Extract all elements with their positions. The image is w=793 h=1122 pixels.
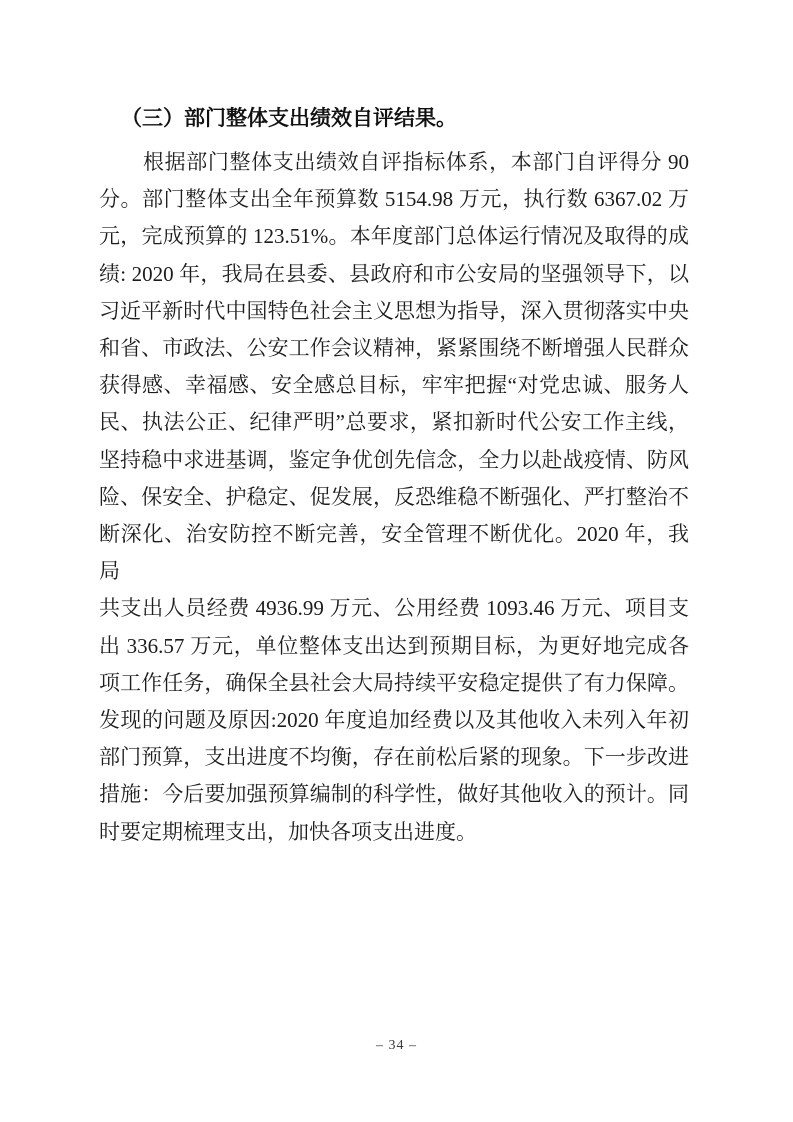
text-line: 时要定期梳理支出，加快各项支出进度。 <box>99 814 689 851</box>
page-number: – 34 – <box>0 1038 793 1054</box>
text-line: 坚持稳中求进基调，鉴定争优创先信念，全力以赴战疫情、防风 <box>99 442 689 479</box>
paragraph: 根据部门整体支出绩效自评指标体系，本部门自评得分 90 分。部门整体支出全年预算… <box>99 144 689 851</box>
text-line: 元，完成预算的 123.51%。本年度部门总体运行情况及取得的成 <box>99 218 689 255</box>
text-line: 共支出人员经费 4936.99 万元、公用经费 1093.46 万元、项目支 <box>99 590 689 627</box>
text-line: 出 336.57 万元，单位整体支出达到预期目标，为更好地完成各 <box>99 628 689 665</box>
section-heading: （三）部门整体支出绩效自评结果。 <box>99 100 689 137</box>
text-line: 民、执法公正、纪律严明”总要求，紧扣新时代公安工作主线， <box>99 404 689 441</box>
text-line: 部门预算，支出进度不均衡，存在前松后紧的现象。下一步改进 <box>99 739 689 776</box>
text-line: 绩: 2020 年，我局在县委、县政府和市公安局的坚强领导下，以 <box>99 256 689 293</box>
text-line: 险、保安全、护稳定、促发展，反恐维稳不断强化、严打整治不 <box>99 479 689 516</box>
text-line: 和省、市政法、公安工作会议精神，紧紧围绕不断增强人民群众 <box>99 330 689 367</box>
text-line: 根据部门整体支出绩效自评指标体系，本部门自评得分 90 <box>99 144 689 181</box>
text-line: 断深化、治安防控不断完善，安全管理不断优化。2020 年，我局 <box>99 516 689 590</box>
text-line: 获得感、幸福感、安全感总目标，牢牢把握“对党忠诚、服务人 <box>99 367 689 404</box>
text-line: 分。部门整体支出全年预算数 5154.98 万元，执行数 6367.02 万 <box>99 181 689 218</box>
text-line: 发现的问题及原因:2020 年度追加经费以及其他收入未列入年初 <box>99 702 689 739</box>
text-line: 习近平新时代中国特色社会主义思想为指导，深入贯彻落实中央 <box>99 293 689 330</box>
text-line: 项工作任务，确保全县社会大局持续平安稳定提供了有力保障。 <box>99 665 689 702</box>
document-page: （三）部门整体支出绩效自评结果。 根据部门整体支出绩效自评指标体系，本部门自评得… <box>0 0 793 1122</box>
text-line: 措施：今后要加强预算编制的科学性，做好其他收入的预计。同 <box>99 776 689 813</box>
